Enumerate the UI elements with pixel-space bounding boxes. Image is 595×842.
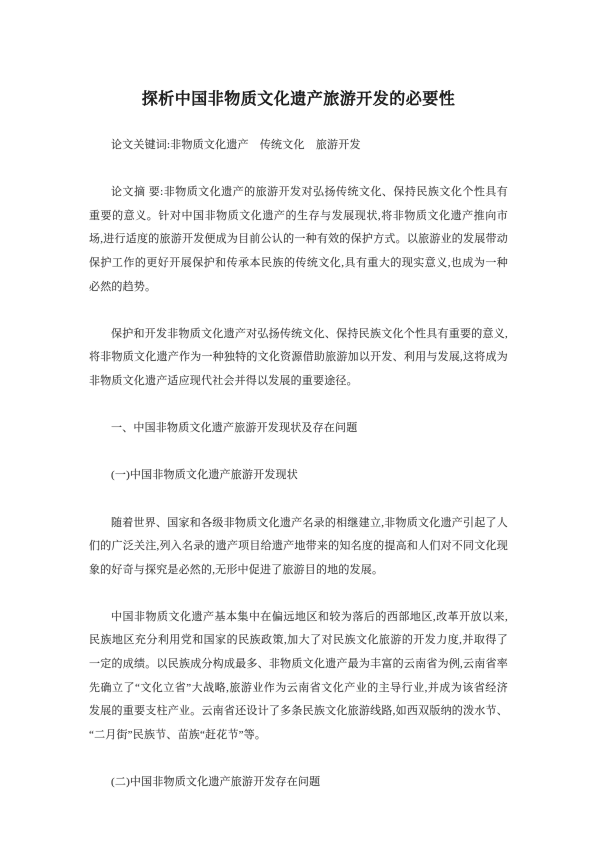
subsection-heading-2: (二)中国非物质文化遗产旅游开发存在问题 xyxy=(89,771,508,795)
document-content: 探析中国非物质文化遗产旅游开发的必要性 论文关键词:非物质文化遗产 传统文化 旅… xyxy=(89,0,508,795)
keywords-line: 论文关键词:非物质文化遗产 传统文化 旅游开发 xyxy=(89,134,508,158)
document-page: 探析中国非物质文化遗产旅游开发的必要性 论文关键词:非物质文化遗产 传统文化 旅… xyxy=(0,0,595,842)
subsection-heading-1: (一)中国非物质文化遗产旅游开发现状 xyxy=(89,464,508,488)
body-paragraph: 中国非物质文化遗产基本集中在偏远地区和较为落后的西部地区,改革开放以来,民族地区… xyxy=(89,606,508,748)
paper-title: 探析中国非物质文化遗产旅游开发的必要性 xyxy=(89,88,508,112)
section-heading-1: 一、中国非物质文化遗产旅游开发现状及存在问题 xyxy=(89,417,508,441)
body-paragraph: 随着世界、国家和各级非物质文化遗产名录的相继建立,非物质文化遗产引起了人们的广泛… xyxy=(89,512,508,583)
body-paragraph: 保护和开发非物质文化遗产对弘扬传统文化、保持民族文化个性具有重要的意义,将非物质… xyxy=(89,323,508,394)
abstract-paragraph: 论文摘 要:非物质文化遗产的旅游开发对弘扬传统文化、保持民族文化个性具有重要的意… xyxy=(89,181,508,299)
